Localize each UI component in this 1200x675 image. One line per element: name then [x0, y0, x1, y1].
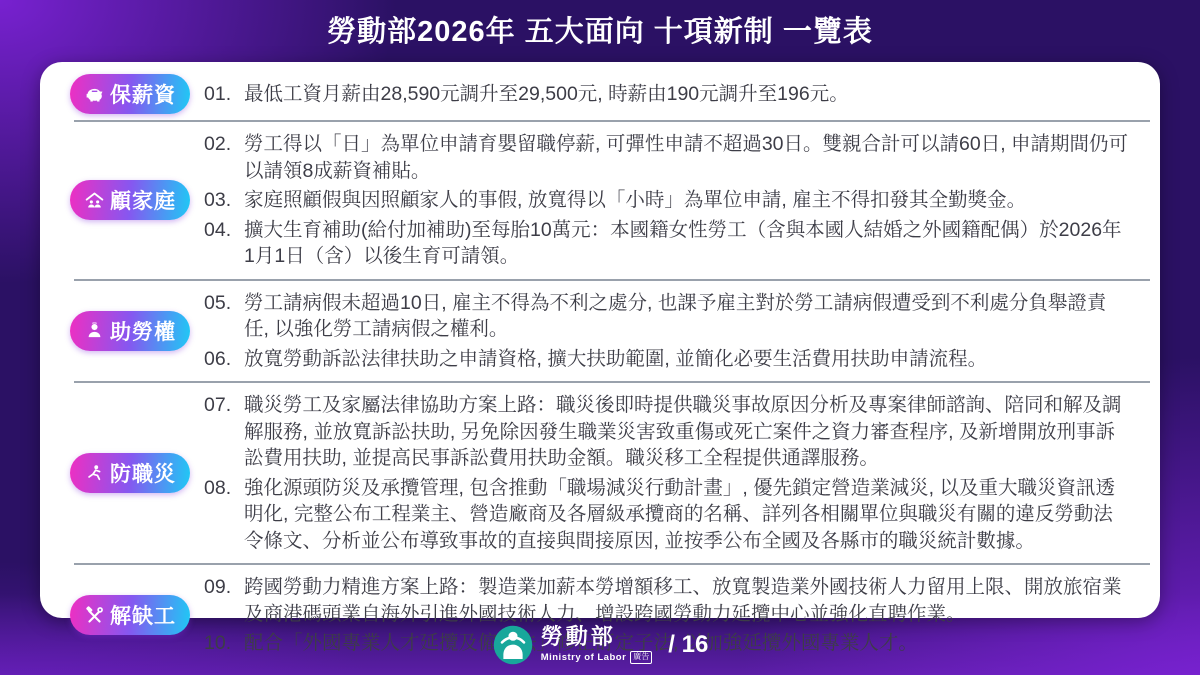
policy-item: 09.跨國勞動力精進方案上路：製造業加薪本勞增額移工、放寬製造業外國技術人力留用… [204, 574, 1130, 627]
item-number: 08. [204, 475, 244, 555]
policy-item: 08.強化源頭防災及承攬管理, 包含推動「職場減災行動計畫」, 優先鎖定營造業減… [204, 475, 1130, 555]
section-care-family: 顧家庭02.勞工得以「日」為單位申請育嬰留職停薪, 可彈性申請不超過30日。雙親… [40, 122, 1160, 279]
ministry-of-labor-logo: 勞動部 Ministry of Labor 廣告 [492, 624, 653, 666]
crossed-tools-icon [84, 605, 105, 626]
item-list: 07.職災勞工及家屬法律協助方案上路：職災後即時提供職災事故原因分析及專案律師諮… [204, 389, 1160, 557]
category-label: 助勞權 [110, 316, 176, 346]
item-number: 02. [204, 131, 244, 184]
item-number: 05. [204, 290, 244, 343]
item-number: 04. [204, 217, 244, 270]
section-prevent-occupational-accidents: 防職災07.職災勞工及家屬法律協助方案上路：職災後即時提供職災事故原因分析及專案… [40, 383, 1160, 563]
item-number: 01. [204, 81, 244, 108]
page-title: 勞動部2026年 五大面向 十項新制 一覽表 [0, 9, 1200, 50]
worker-icon [84, 320, 105, 341]
item-number: 03. [204, 187, 244, 214]
logo-subtitle: Ministry of Labor [541, 653, 627, 663]
category-label: 顧家庭 [110, 185, 176, 215]
logo-title: 勞動部 [541, 626, 653, 648]
item-text: 家庭照顧假與因照顧家人的事假, 放寬得以「小時」為單位申請, 雇主不得扣發其全勤… [244, 187, 1130, 214]
policy-item: 05.勞工請病假未超過10日, 雇主不得為不利之處分, 也課予雇主對於勞工請病假… [204, 290, 1130, 343]
item-list: 02.勞工得以「日」為單位申請育嬰留職停薪, 可彈性申請不超過30日。雙親合計可… [204, 128, 1160, 273]
category-pill-aid-labor-rights: 助勞權 [70, 311, 190, 351]
item-number: 09. [204, 574, 244, 627]
piggy-bank-icon [84, 84, 105, 105]
ministry-of-labor-logo-icon [492, 624, 534, 666]
house-family-icon [84, 190, 105, 211]
policy-item: 06.放寬勞動訴訟法律扶助之申請資格, 擴大扶助範圍, 並簡化必要生活費用扶助申… [204, 346, 1130, 373]
item-number: 06. [204, 346, 244, 373]
category-pill-care-family: 顧家庭 [70, 180, 190, 220]
item-text: 跨國勞動力精進方案上路：製造業加薪本勞增額移工、放寬製造業外國技術人力留用上限、… [244, 574, 1130, 627]
page-number: / 16 [668, 631, 708, 659]
item-text: 強化源頭防災及承攬管理, 包含推動「職場減災行動計畫」, 優先鎖定營造業減災, … [244, 475, 1130, 555]
footer: 勞動部 Ministry of Labor 廣告 / 16 [0, 624, 1200, 666]
item-list: 05.勞工請病假未超過10日, 雇主不得為不利之處分, 也課予雇主對於勞工請病假… [204, 287, 1160, 376]
category-label: 防職災 [110, 458, 176, 488]
item-text: 勞工得以「日」為單位申請育嬰留職停薪, 可彈性申請不超過30日。雙親合計可以請6… [244, 131, 1130, 184]
content-card: 保薪資01.最低工資月薪由28,590元調升至29,500元, 時薪由190元調… [40, 62, 1160, 618]
item-text: 最低工資月薪由28,590元調升至29,500元, 時薪由190元調升至196元… [244, 81, 1130, 108]
policy-item: 01.最低工資月薪由28,590元調升至29,500元, 時薪由190元調升至1… [204, 81, 1130, 108]
category-pill-prevent-occupational-accidents: 防職災 [70, 453, 190, 493]
policy-item: 03.家庭照顧假與因照顧家人的事假, 放寬得以「小時」為單位申請, 雇主不得扣發… [204, 187, 1130, 214]
item-text: 職災勞工及家屬法律協助方案上路：職災後即時提供職災事故原因分析及專案律師諮詢、陪… [244, 392, 1130, 472]
category-label: 保薪資 [110, 79, 176, 109]
item-list: 01.最低工資月薪由28,590元調升至29,500元, 時薪由190元調升至1… [204, 78, 1160, 111]
policy-item: 04.擴大生育補助(給付加補助)至每胎10萬元：本國籍女性勞工（含與本國人結婚之… [204, 217, 1130, 270]
item-number: 07. [204, 392, 244, 472]
category-pill-protect-wages: 保薪資 [70, 74, 190, 114]
slipping-person-icon [84, 463, 105, 484]
ad-badge: 廣告 [630, 651, 652, 663]
item-text: 勞工請病假未超過10日, 雇主不得為不利之處分, 也課予雇主對於勞工請病假遭受到… [244, 290, 1130, 343]
section-aid-labor-rights: 助勞權05.勞工請病假未超過10日, 雇主不得為不利之處分, 也課予雇主對於勞工… [40, 281, 1160, 382]
policy-item: 07.職災勞工及家屬法律協助方案上路：職災後即時提供職災事故原因分析及專案律師諮… [204, 392, 1130, 472]
item-text: 放寬勞動訴訟法律扶助之申請資格, 擴大扶助範圍, 並簡化必要生活費用扶助申請流程… [244, 346, 1130, 373]
item-text: 擴大生育補助(給付加補助)至每胎10萬元：本國籍女性勞工（含與本國人結婚之外國籍… [244, 217, 1130, 270]
policy-item: 02.勞工得以「日」為單位申請育嬰留職停薪, 可彈性申請不超過30日。雙親合計可… [204, 131, 1130, 184]
section-protect-wages: 保薪資01.最低工資月薪由28,590元調升至29,500元, 時薪由190元調… [40, 68, 1160, 120]
